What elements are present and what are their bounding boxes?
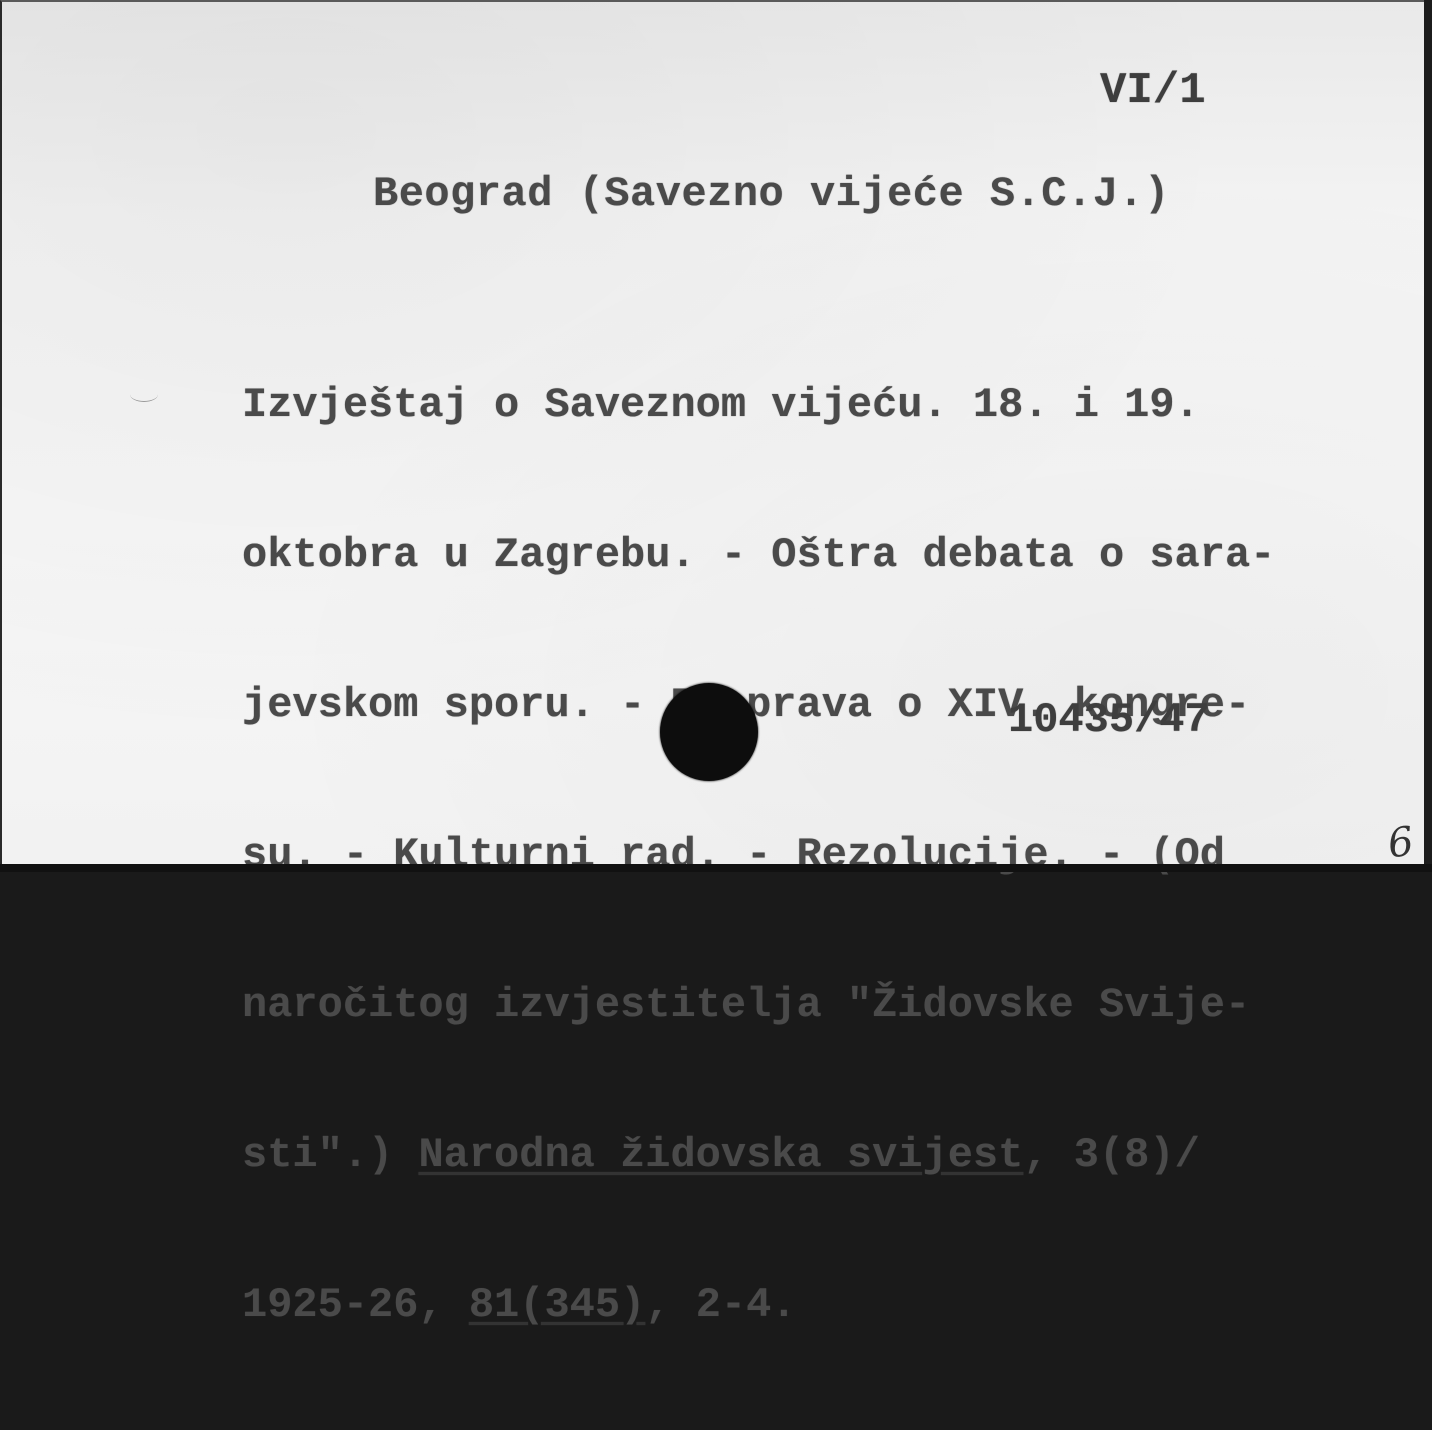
handwritten-mark: 6 bbox=[1385, 818, 1417, 867]
accession-number: 10435/47 bbox=[1008, 696, 1210, 744]
description-line: Izvještaj o Saveznom vijeću. 18. i 19. bbox=[242, 380, 1275, 430]
scan-edge-bottom bbox=[0, 864, 1432, 872]
card-description: Izvještaj o Saveznom vijeću. 18. i 19. o… bbox=[242, 280, 1275, 872]
description-line: oktobra u Zagrebu. - Oštra debata o sara… bbox=[242, 530, 1275, 580]
paper-smudge bbox=[130, 387, 158, 402]
catalog-card: VI/1 Beograd (Savezno vijeće S.C.J.) Izv… bbox=[0, 0, 1424, 864]
punch-hole-icon bbox=[660, 683, 758, 781]
call-number: VI/1 bbox=[1100, 66, 1206, 116]
card-heading: Beograd (Savezno vijeće S.C.J.) bbox=[373, 170, 1170, 218]
scan-edge-right bbox=[1424, 0, 1432, 872]
